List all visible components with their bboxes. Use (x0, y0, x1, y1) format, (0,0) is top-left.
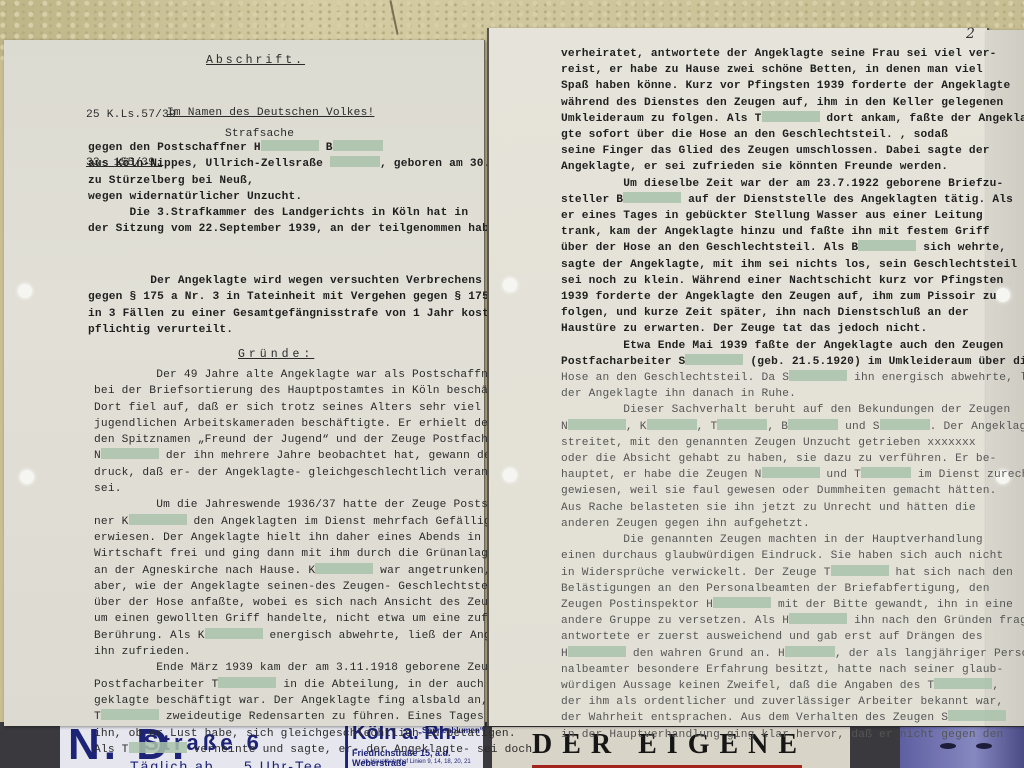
redaction-box (568, 419, 626, 430)
text-line: Die genannten Zeugen machten in der Haup… (561, 532, 1024, 548)
text-line: Aus Rache belasteten sie ihn jetzt zu Un… (561, 500, 1024, 516)
text-line: Hose an den Geschlechtsteil. Da S ihn en… (561, 370, 1024, 386)
text-line: sei. (94, 481, 553, 497)
text-line: 1939 forderte der Angeklagte den Zeugen … (561, 289, 1024, 305)
text-line: andere Gruppe zu versetzen. Als H ihn na… (561, 613, 1024, 629)
text-line: N, K, T, B und S. Der Angeklagte be- (561, 419, 1024, 435)
redaction-box (861, 467, 911, 478)
document-heading: Abschrift. (206, 54, 305, 67)
text-line: Dort fiel auf, daß er sich trotz seines … (94, 400, 553, 416)
redaction-box (713, 597, 771, 608)
right-page-text: verheiratet, antwortete der Angeklagte s… (561, 46, 1024, 743)
text-line: reist, er habe zu Hause zwei schöne Bett… (561, 62, 1024, 78)
text-line: Etwa Ende Mai 1939 faßte der Angeklagte … (561, 338, 1024, 354)
text-line: jugendlichen Arbeitskameraden beschäftig… (94, 416, 553, 432)
text-line: Postfacharbeiter S (geb. 21.5.1920) im U… (561, 354, 1024, 370)
text-line: Der 49 Jahre alte Angeklagte war als Pos… (94, 367, 553, 383)
preamble: Im Namen des Deutschen Volkes! (167, 105, 374, 121)
text-line: gewiesen, weil sie faul gewesen oder Dum… (561, 483, 1024, 499)
redaction-box (831, 565, 889, 576)
punch-hole (18, 284, 32, 298)
text-line: Berührung. Als K energisch abwehrte, lie… (94, 628, 553, 644)
text-line: verheiratet, antwortete der Angeklagte s… (561, 46, 1024, 62)
text-line: der ihm als ordentlicher und zuverlässig… (561, 694, 1024, 710)
redaction-box (858, 240, 916, 251)
text-line: an der Agneskirche nach Hause. K war ang… (94, 563, 553, 579)
text-line: anderen Zeugen gegen ihn aufgehetzt. (561, 516, 1024, 532)
text-line: Postfacharbeiter T in die Abteilung, in … (94, 677, 553, 693)
text-line: Wirtschaft frei und ging dann mit ihm du… (94, 546, 553, 562)
text-line: Belästigungen an den Personalbeamten der… (561, 581, 1024, 597)
text-line: H den wahren Grund an. H, der als langjä… (561, 646, 1024, 662)
redaction-box (685, 354, 743, 365)
redaction-box (568, 646, 626, 657)
redaction-box (261, 140, 319, 151)
text-line: in Widersprüche verwickelt. Der Zeuge T … (561, 565, 1024, 581)
redaction-box (315, 563, 373, 574)
redaction-box (934, 678, 992, 689)
text-line: bei der Briefsortierung des Hauptpostamt… (94, 383, 553, 399)
text-line: pflichtig verurteilt. (88, 322, 530, 338)
redaction-box (789, 370, 847, 381)
redaction-box (948, 710, 1006, 721)
text-line: gte sofort über die Hose an den Geschlec… (561, 127, 1024, 143)
poster-nd-subline: Täglich ab ... 5 Uhr-Tee (130, 758, 324, 768)
text-line: erwiesen. Der Angeklagte hielt ihn daher… (94, 530, 553, 546)
redaction-box (205, 628, 263, 639)
punch-hole (20, 470, 34, 484)
text-line: über der Hose anfaßte, wobei es sich nac… (94, 595, 553, 611)
text-line: würdigen Aussage keinen Zweifel, daß die… (561, 678, 1024, 694)
redaction-box (330, 156, 380, 167)
text-line: aber, wie der Angeklagte seinen-des Zeug… (94, 579, 553, 595)
text-line: in 3 Fällen zu einer Gesamtgefängnisstra… (88, 306, 530, 322)
poster-koeln-tram: ab Hauptbahnhof Linien 9, 14, 18, 20, 21 (362, 759, 471, 765)
redaction-box (789, 613, 847, 624)
redaction-box (101, 448, 159, 459)
wall-crack (389, 0, 398, 35)
redaction-box (333, 140, 383, 151)
text-line: während des Dienstes den Zeugen auf, ihm… (561, 95, 1024, 111)
reasons-heading: Gründe: (238, 348, 314, 361)
portrait-eye-left (940, 743, 956, 749)
redaction-box (788, 419, 838, 430)
punch-hole (503, 468, 517, 482)
redaction-box (129, 514, 187, 525)
redaction-box (129, 742, 187, 753)
file-ref: 25 K.Ls.57/39 (86, 107, 176, 123)
text-line: Ende März 1939 kam der am 3.11.1918 gebo… (94, 660, 553, 676)
portrait-eye-right (976, 743, 992, 749)
redaction-box (880, 419, 930, 430)
redaction-box (762, 467, 820, 478)
text-line: Umkleideraum zu folgen. Als T dort ankam… (561, 111, 1024, 127)
redaction-box (762, 111, 820, 122)
redaction-box (218, 677, 276, 688)
punch-hole (503, 278, 517, 292)
text-line: trank, kam der Angeklagte hinzu und faßt… (561, 224, 1024, 240)
text-line: er eines Tages in gebückter Stellung Was… (561, 208, 1024, 224)
text-line: druck, daß er- der Angeklagte- gleichges… (94, 465, 553, 481)
text-line: hauptet, er habe die Zeugen N und T im D… (561, 467, 1024, 483)
text-line: streitet, mit den genannten Zeugen Unzuc… (561, 435, 1024, 451)
text-line: sei noch zu klein. Während einer Nachtsc… (561, 273, 1024, 289)
text-line: gegen § 175 a Nr. 3 in Tateinheit mit Ve… (88, 289, 530, 305)
text-line: geklagte beschäftigt war. Der Angeklagte… (94, 693, 553, 709)
redaction-box (647, 419, 697, 430)
text-line: über der Hose an den Geschlechtsteil. Al… (561, 240, 1024, 256)
text-line: um einen gewollten Griff handelte, nicht… (94, 611, 553, 627)
text-line: Als T verneinte und sagte, er- der Angek… (94, 742, 553, 758)
redaction-box (785, 646, 835, 657)
text-line: ner K den Angeklagten im Dienst mehrfach… (94, 514, 553, 530)
text-line: Angeklagte, er sei zufrieden sie könnten… (561, 159, 1024, 175)
text-line: den Spitznamen „Freund der Jugend“ und d… (94, 432, 553, 448)
text-line: sagte der Angeklagte, mit ihm sei nichts… (561, 257, 1024, 273)
text-line: der Angeklagte ihn danach in Ruhe. (561, 386, 1024, 402)
text-line: N der ihn mehrere Jahre beobachtet hat, … (94, 448, 553, 464)
text-line: antwortete er zuerst ausweichend und gab… (561, 629, 1024, 645)
text-line: Haustüre zu erwarten. Der Zeuge tat das … (561, 321, 1024, 337)
page-number: 2 (966, 26, 975, 42)
redaction-box (623, 192, 681, 203)
text-line: T zweideutige Redensarten zu führen. Ein… (94, 709, 553, 725)
text-line: ihn zufrieden. (94, 644, 553, 660)
text-line: folgen, und kurze Zeit später, ihn nach … (561, 305, 1024, 321)
reasons-block: Der 49 Jahre alte Angeklagte war als Pos… (94, 367, 553, 758)
text-line: ihn, ob er Lust habe, sich gleichgeschle… (94, 726, 553, 742)
text-line: Spaß haben könne. Kurz vor Pfingsten 193… (561, 78, 1024, 94)
verdict-block: Der Angeklagte wird wegen versuchten Ver… (88, 273, 530, 338)
text-line: Um dieselbe Zeit war der am 23.7.1922 ge… (561, 176, 1024, 192)
text-line: seine Finger das Glied des Zeugen umschl… (561, 143, 1024, 159)
redaction-box (101, 709, 159, 720)
text-line: Der Angeklagte wird wegen versuchten Ver… (88, 273, 530, 289)
text-line: in der Hauptverhandlung ging klar hervor… (561, 727, 1024, 743)
text-line: Dieser Sachverhalt beruht auf den Bekund… (561, 402, 1024, 418)
text-line: nalbeamter besondere Erfahrung besitzt, … (561, 662, 1024, 678)
text-line: Um die Jahreswende 1936/37 hatte der Zeu… (94, 497, 553, 513)
redaction-box (717, 419, 767, 430)
text-line: einen durchaus glaubwürdigen Eindruck. S… (561, 548, 1024, 564)
text-line: oder die Absicht gehabt zu haben, sie da… (561, 451, 1024, 467)
text-line: steller B auf der Dienststelle des Angek… (561, 192, 1024, 208)
text-line: der Wahrheit entsprachen. Aus dem Verhal… (561, 710, 1024, 726)
text-line: Zeugen Postinspektor H mit der Bitte gew… (561, 597, 1024, 613)
